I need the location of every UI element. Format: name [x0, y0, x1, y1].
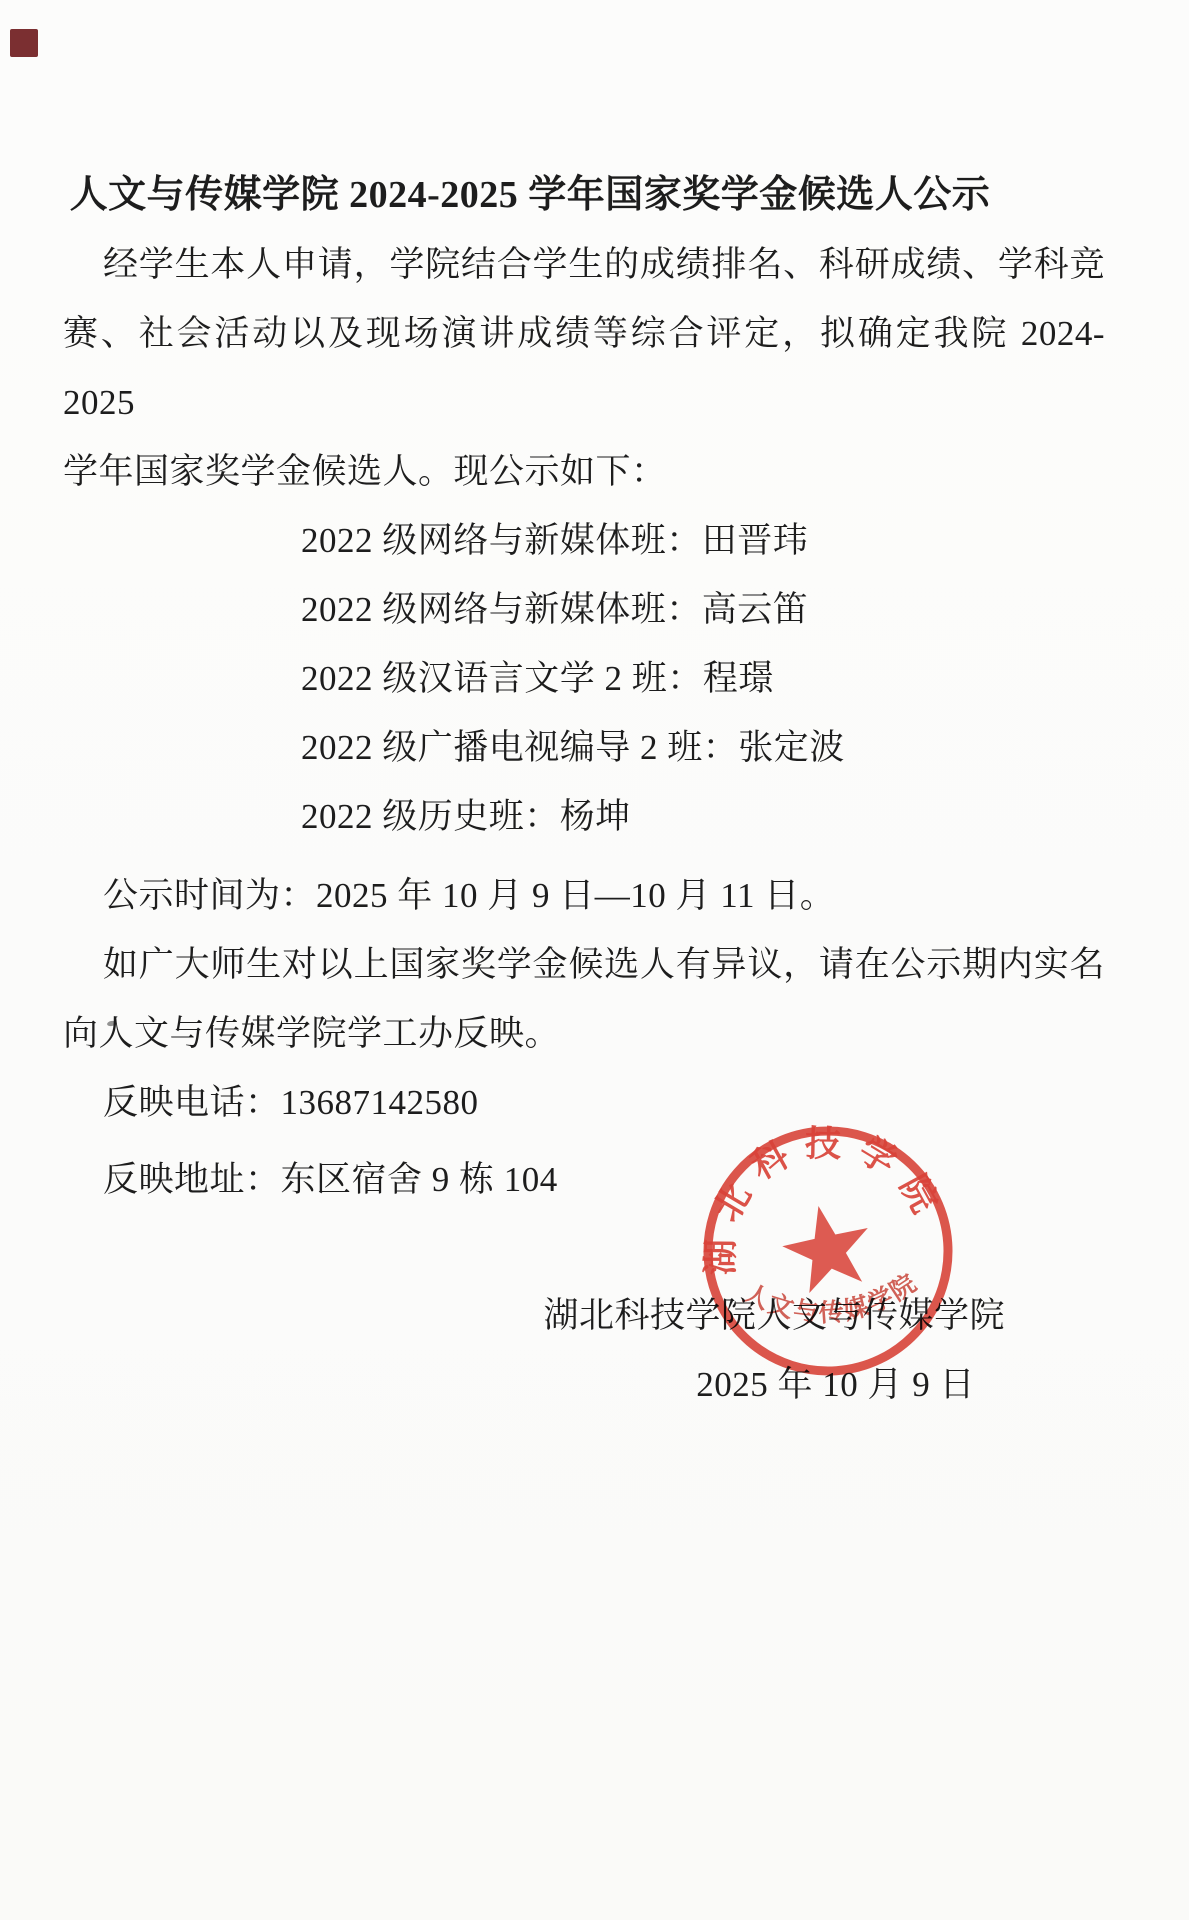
page-title: 人文与传媒学院 2024-2025 学年国家奖学金候选人公示: [9, 161, 1051, 230]
seal-star-icon: [776, 1197, 879, 1297]
candidate-line-3: 2022 级汉语言文学 2 班：程璟: [63, 644, 1105, 713]
paragraph1-line3: 学年国家奖学金候选人。现公示如下：: [63, 437, 1105, 506]
objection-line1: 如广大师生对以上国家奖学金候选人有异议，请在公示期内实名: [63, 930, 1105, 999]
notice-period-line: 公示时间为：2025 年 10 月 9 日—10 月 11 日。: [63, 861, 1105, 930]
official-seal-stamp: 湖北科技学院 人文与传媒学院: [689, 1112, 967, 1390]
seal-bottom-text: 人文与传媒学院: [738, 1267, 925, 1333]
scan-corner-mark: [10, 29, 38, 57]
candidate-line-4: 2022 级广播电视编导 2 班：张定波: [63, 713, 1105, 782]
scanned-announcement-page: 人文与传媒学院 2024-2025 学年国家奖学金候选人公示 经学生本人申请，学…: [0, 0, 1189, 1920]
candidate-line-2: 2022 级网络与新媒体班：高云笛: [63, 575, 1105, 644]
candidate-line-1: 2022 级网络与新媒体班：田晋玮: [63, 506, 1105, 575]
candidate-line-5: 2022 级历史班：杨坤: [63, 782, 1105, 851]
objection-line2: 向人文与传媒学院学工办反映。: [63, 999, 1105, 1068]
paragraph1-line2: 赛、社会活动以及现场演讲成绩等综合评定，拟确定我院 2024-2025: [63, 299, 1105, 437]
paragraph1-line1: 经学生本人申请，学院结合学生的成绩排名、科研成绩、学科竞: [63, 230, 1105, 299]
